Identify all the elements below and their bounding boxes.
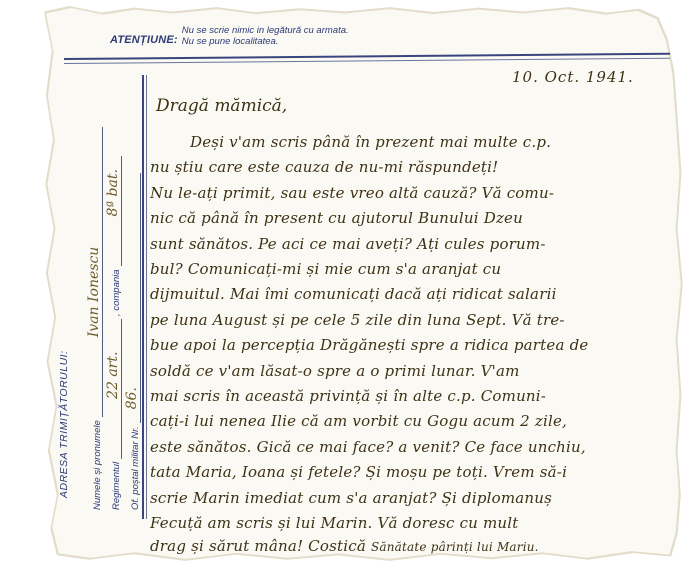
letter-line: bue apoi la percepția Drăgănești spre a …	[150, 333, 680, 358]
letter-line: Fecuță am scris și lui Marin. Vă doresc …	[150, 511, 680, 536]
postal-office-field: Of. poștal militar Nr. 86.	[122, 70, 141, 510]
letter-postscript: Sănătate pârinți lui Mariu.	[371, 540, 539, 554]
warning-line-1: Nu se scrie nimic in legătură cu armata.	[182, 25, 349, 36]
letter-closing: drag și sărut mâna! Costică	[150, 537, 366, 555]
company-blank: 8ª bat.	[109, 156, 122, 266]
postal-office-blank: 86.	[128, 173, 141, 423]
regiment-blank: 22 art.	[109, 319, 122, 459]
regiment-field: Regimentul 22 art. , compania 8ª bat.	[103, 70, 122, 510]
letter-body: Dragă mămică, Deși v'am scris până în pr…	[150, 96, 680, 556]
regiment-label: Regimentul	[111, 462, 122, 510]
letter-line: cați-i lui nenea Ilie că am vorbit cu Go…	[150, 409, 680, 434]
letter-line: pe luna August și pe cele 5 zile din lun…	[150, 308, 680, 333]
letter-line: nu știu care este cauza de nu-mi răspund…	[150, 155, 680, 180]
letter-line: soldă ce v'am lăsat-o spre a o primi lun…	[150, 359, 680, 384]
sender-name-value: Ivan Ionescu	[86, 247, 102, 338]
sender-name-label: Numele și pronumele	[92, 420, 103, 510]
letter-greeting: Dragă mămică,	[156, 96, 680, 122]
letter-line: Deși v'am scris până în prezent mai mult…	[150, 130, 680, 155]
company-label: , compania	[111, 269, 122, 315]
letter-line: tata Maria, Ioana și fetele? Și moșu pe …	[150, 460, 680, 485]
warning-line-2: Nu se pune localitatea.	[182, 36, 349, 47]
sender-name-blank: Ivan Ionescu	[90, 127, 103, 417]
letter-closing-line: drag și sărut mâna! Costică Sănătate pâr…	[150, 537, 680, 556]
printed-warning: ATENȚIUNE: Nu se scrie nimic in legătură…	[110, 25, 349, 47]
sender-title: ADRESA TRIMIȚĂTORULUI:	[58, 70, 70, 498]
postal-office-label: Of. poștal militar Nr.	[130, 426, 141, 510]
postal-office-value: 86.	[124, 387, 140, 409]
letter-date: 10. Oct. 1941.	[512, 68, 634, 86]
letter-line: mai scris în această privință și în alte…	[150, 384, 680, 409]
company-value: 8ª bat.	[105, 169, 121, 216]
letter-line: nic că până în present cu ajutorul Bunul…	[150, 206, 680, 231]
letter-line: este sănătos. Gică ce mai face? a venit?…	[150, 435, 680, 460]
sender-address-block: ADRESA TRIMIȚĂTORULUI: Numele și pronume…	[58, 70, 148, 510]
letter-line: sunt sănătos. Pe aci ce mai aveți? Ați c…	[150, 232, 680, 257]
letter-line: scrie Marin imediat cum s'a aranjat? Și …	[150, 486, 680, 511]
letter-line: dijmuitul. Mai îmi comunicați dacă ați r…	[150, 282, 680, 307]
warning-lines: Nu se scrie nimic in legătură cu armata.…	[182, 25, 349, 47]
sender-name-field: Numele și pronumele Ivan Ionescu	[84, 70, 103, 510]
letter-line: bul? Comunicați-mi și mie cum s'a aranja…	[150, 257, 680, 282]
regiment-value: 22 art.	[105, 352, 121, 399]
warning-label: ATENȚIUNE:	[110, 34, 178, 46]
letter-line: Nu le-ați primit, sau este vreo altă cau…	[150, 181, 680, 206]
